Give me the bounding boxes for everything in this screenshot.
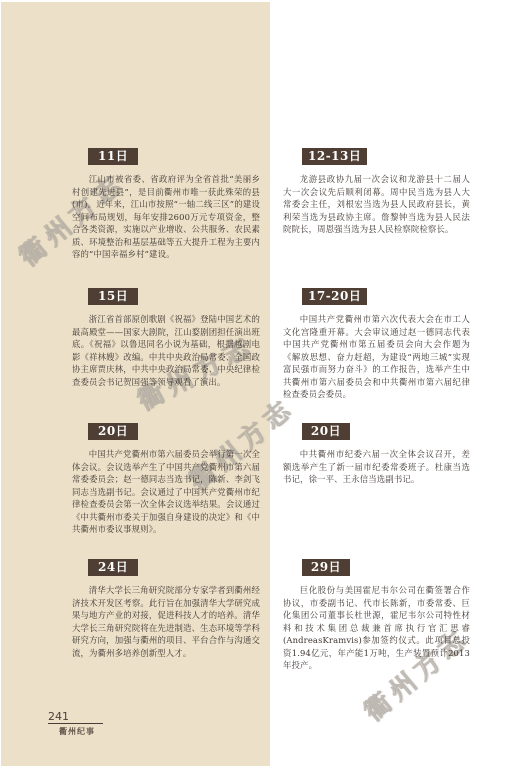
entry-text: 中国共产党衢州市第六届委员会举行第一次全体会议。会议选举产生了中国共产党衢州市第… — [72, 448, 260, 536]
chronicle-entry: 12-13日 龙游县政协九届一次会议和龙游县十二届人大一次会议先后顺利闭幕。周中… — [283, 145, 470, 236]
chronicle-entry: 24日 清华大学长三角研究院部分专家学者到衢州经济技术开发区考察。此行旨在加强清… — [72, 556, 260, 659]
entry-text: 中国共产党衢州市第六次代表大会在市工人文化宫隆重开幕。大会审议通过赵一德同志代表… — [283, 313, 470, 401]
chronicle-entry: 20日 中共衢州市纪委六届一次全体会议召开，差额选举产生了新一届市纪委常委班子。… — [283, 420, 470, 486]
date-badge: 12-13日 — [302, 148, 367, 165]
entry-text: 清华大学长三角研究院部分专家学者到衢州经济技术开发区考察。此行旨在加强清华大学研… — [72, 584, 260, 659]
chronicle-entry: 11日 江山市被省委、省政府评为全省首批“美丽乡村创建先进县”，是目前衢州市唯一… — [72, 145, 260, 261]
entry-text: 中共衢州市纪委六届一次全体会议召开，差额选举产生了新一届市纪委常委班子。杜康当选… — [283, 448, 470, 486]
entry-text: 江山市被省委、省政府评为全省首批“美丽乡村创建先进县”，是目前衢州市唯一获此殊荣… — [72, 173, 260, 261]
page-number: 241 — [48, 711, 103, 724]
date-badge: 17-20日 — [302, 288, 367, 305]
chronicle-entry: 29日 巨化股份与美国霍尼韦尔公司在衢签署合作协议，市委副书记、代市长陈新，市委… — [283, 556, 470, 672]
date-badge: 20日 — [88, 423, 138, 440]
entry-text: 浙江省首部原创歌剧《祝福》登陆中国艺术的最高殿堂——国家大剧院，江山婺剧团担任演… — [72, 313, 260, 388]
date-badge: 29日 — [302, 559, 350, 576]
date-badge: 24日 — [88, 559, 138, 576]
chronicle-entry: 15日 浙江省首部原创歌剧《祝福》登陆中国艺术的最高殿堂——国家大剧院，江山婺剧… — [72, 285, 260, 388]
date-badge: 11日 — [88, 148, 138, 165]
date-badge: 15日 — [88, 288, 138, 305]
entry-text: 龙游县政协九届一次会议和龙游县十二届人大一次会议先后顺利闭幕。周中民当选为县人大… — [283, 173, 470, 236]
page-footer: 241 衢州纪事 — [48, 711, 103, 737]
book-title: 衢州纪事 — [59, 726, 103, 737]
chronicle-entry: 17-20日 中国共产党衢州市第六次代表大会在市工人文化宫隆重开幕。大会审议通过… — [283, 285, 470, 401]
entry-text: 巨化股份与美国霍尼韦尔公司在衢签署合作协议，市委副书记、代市长陈新，市委常委、巨… — [283, 584, 470, 672]
date-badge: 20日 — [302, 423, 350, 440]
chronicle-entry: 20日 中国共产党衢州市第六届委员会举行第一次全体会议。会议选举产生了中国共产党… — [72, 420, 260, 536]
